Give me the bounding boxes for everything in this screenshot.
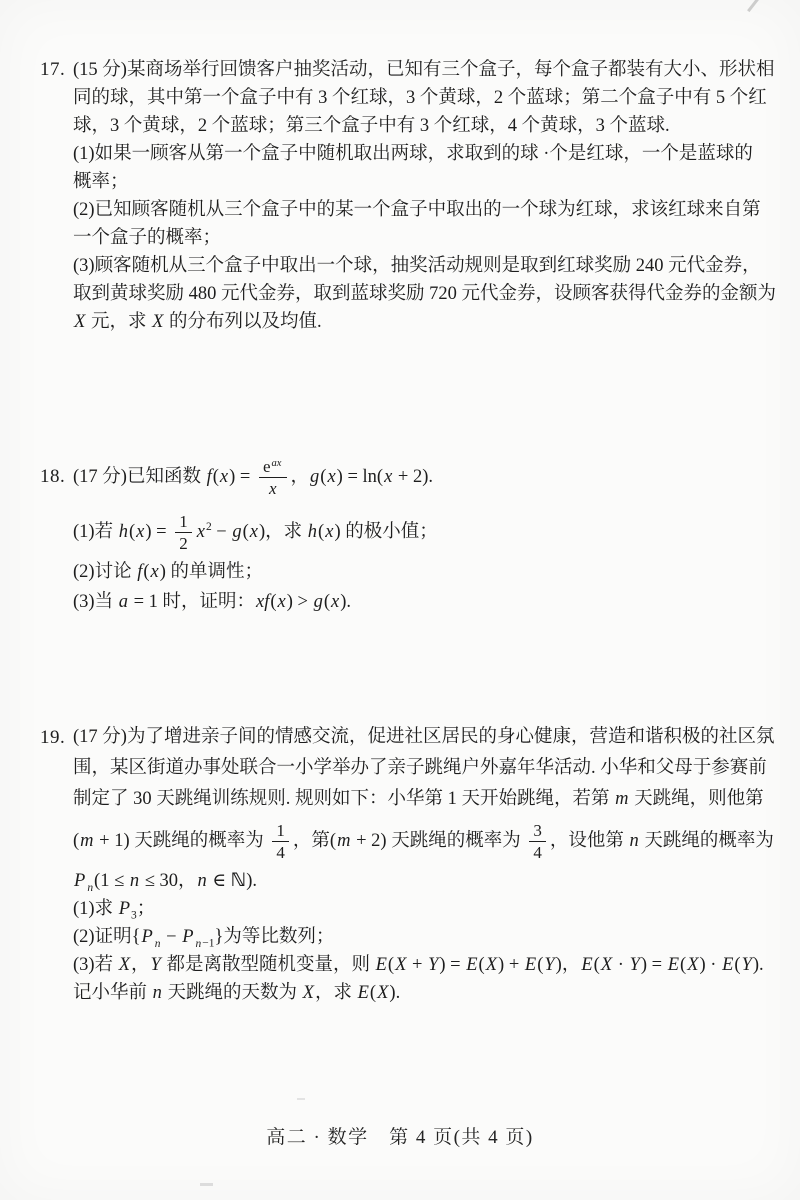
problem-19-line: (17 分)为了增进亲子间的情感交流，促进社区居民的身心健康，营造和谐积极的社区… <box>73 722 770 753</box>
problem-19-line: (m + 1) 天跳绳的概率为 14，第(m + 2) 天跳绳的概率为 34，设… <box>73 815 770 867</box>
problem-18-sub2: (2)讨论 f(x) 的单调性； <box>73 557 770 587</box>
problem-17-sub3: (3)顾客随机从三个盒子中取出一个球，抽奖活动规则是取到红球奖励 240 元代金… <box>73 252 770 280</box>
problem-17-line: X 元，求 X 的分布列以及均值. <box>73 308 770 336</box>
problem-19-line: Pn(1 ≤ n ≤ 30，n ∈ ℕ). <box>73 867 770 895</box>
problem-17-body: (15 分)某商场举行回馈客户抽奖活动，已知有三个盒子，每个盒子都装有大小、形状… <box>73 56 770 336</box>
problem-19-sub3: (3)若 X，Y 都是离散型随机变量，则 E(X + Y) = E(X) + E… <box>73 951 770 979</box>
problem-19: 19. (17 分)为了增进亲子间的情感交流，促进社区居民的身心健康，营造和谐积… <box>40 722 770 1007</box>
scan-artifact <box>747 0 760 12</box>
problem-18-line: (17 分)已知函数 f(x) = eaxx，g(x) = ln(x + 2). <box>73 447 770 507</box>
problem-17-line: 一个盒子的概率； <box>73 224 770 252</box>
exam-page: 17. (15 分)某商场举行回馈客户抽奖活动，已知有三个盒子，每个盒子都装有大… <box>0 0 800 1200</box>
problem-19-line: 围，某区街道办事处联合一小学举办了亲子跳绳户外嘉年华活动. 小华和父母于参赛前 <box>73 753 770 784</box>
problem-19-sub2: (2)证明{Pn − Pn−1}为等比数列； <box>73 923 770 951</box>
problem-17-number: 17. <box>40 56 65 84</box>
problem-17-line: 取到黄球奖励 480 元代金券，取到蓝球奖励 720 元代金券，设顾客获得代金券… <box>73 280 770 308</box>
problem-17-sub2: (2)已知顾客随机从三个盒子中的某一个盒子中取出的一个球为红球，求该红球来自第 <box>73 196 770 224</box>
problem-18-sub1: (1)若 h(x) = 12x2 − g(x)，求 h(x) 的极小值； <box>73 507 770 557</box>
scan-artifact <box>297 1098 305 1100</box>
problem-18-number: 18. <box>40 447 65 507</box>
problem-18-sub3: (3)当 a = 1 时，证明：xf(x) > g(x). <box>73 587 770 617</box>
page-footer: 高二 · 数学 第 4 页(共 4 页) <box>0 1122 800 1149</box>
problem-17-line: 同的球，其中第一个盒子中有 3 个红球，3 个黄球，2 个蓝球；第二个盒子中有 … <box>73 84 770 112</box>
problem-17: 17. (15 分)某商场举行回馈客户抽奖活动，已知有三个盒子，每个盒子都装有大… <box>40 56 770 336</box>
problem-19-sub1: (1)求 P3； <box>73 895 770 923</box>
problem-19-line: 记小华前 n 天跳绳的天数为 X，求 E(X). <box>73 979 770 1007</box>
scan-artifact <box>200 1183 213 1186</box>
problem-17-line: (15 分)某商场举行回馈客户抽奖活动，已知有三个盒子，每个盒子都装有大小、形状… <box>73 56 770 84</box>
problem-17-sub1: (1)如果一顾客从第一个盒子中随机取出两球，求取到的球 ·个是红球，一个是蓝球的 <box>73 140 770 168</box>
problem-19-line: 制定了 30 天跳绳训练规则. 规则如下：小华第 1 天开始跳绳，若第 m 天跳… <box>73 784 770 815</box>
problem-17-line: 概率； <box>73 168 770 196</box>
problem-17-line: 球，3 个黄球，2 个蓝球；第三个盒子中有 3 个红球，4 个黄球，3 个蓝球. <box>73 112 770 140</box>
problem-18: 18. (17 分)已知函数 f(x) = eaxx，g(x) = ln(x +… <box>40 447 770 617</box>
problem-18-body: (17 分)已知函数 f(x) = eaxx，g(x) = ln(x + 2).… <box>73 447 770 617</box>
problem-19-number: 19. <box>40 722 65 753</box>
problem-19-body: (17 分)为了增进亲子间的情感交流，促进社区居民的身心健康，营造和谐积极的社区… <box>73 722 770 1007</box>
